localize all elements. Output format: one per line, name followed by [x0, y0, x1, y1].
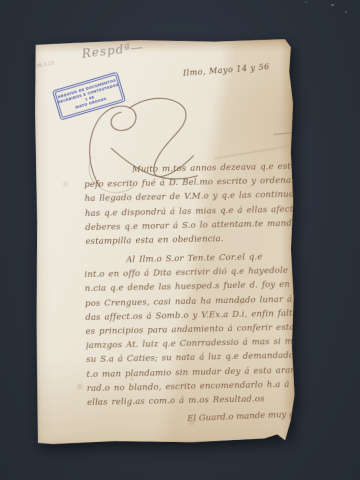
letter-closing-line: El Guard.o mande muy g.s [187, 409, 317, 424]
foxing-stain [95, 398, 102, 404]
foxing-stain [75, 383, 85, 391]
paper-sheet-wrapper: Respdª— 26.1.21 ARQUIVO DE DOCUMENTOS RE… [35, 39, 296, 445]
manuscript-page: Respdª— 26.1.21 ARQUIVO DE DOCUMENTOS RE… [35, 39, 296, 445]
mat-smudge: .. [5, 452, 10, 460]
foxing-stain [129, 376, 135, 381]
ink-dash-mark [273, 132, 291, 135]
foxing-stain [187, 420, 196, 426]
handwritten-date-line: Ilmo, Mayo 14 y 56 [183, 62, 270, 78]
manuscript-line: estampilla esta en obediencia. [85, 231, 295, 250]
dust-speck [331, 4, 334, 6]
letter-paragraph-1: Muito m.tos annos dezeava q.e esta pefo … [84, 160, 296, 250]
pencil-archive-date: 26.1.21 [35, 60, 55, 69]
manuscript-line: ellas relig.as com.o á m.os Resultad.os [87, 392, 297, 411]
underlying-sheet-edge [214, 145, 295, 159]
dust-speck [305, 2, 307, 3]
dust-speck [345, 11, 347, 13]
pencil-annotation: Respdª— [81, 40, 145, 61]
letter-paragraph-2: Al Ilm.o S.or Ten.te Cor.el q.e int.o en… [84, 250, 297, 411]
document-photo: .. Respdª— 26.1.21 ARQUIVO DE DOCUMENTOS… [0, 0, 360, 480]
foxing-stain [62, 181, 70, 188]
foxing-stain [234, 297, 246, 306]
